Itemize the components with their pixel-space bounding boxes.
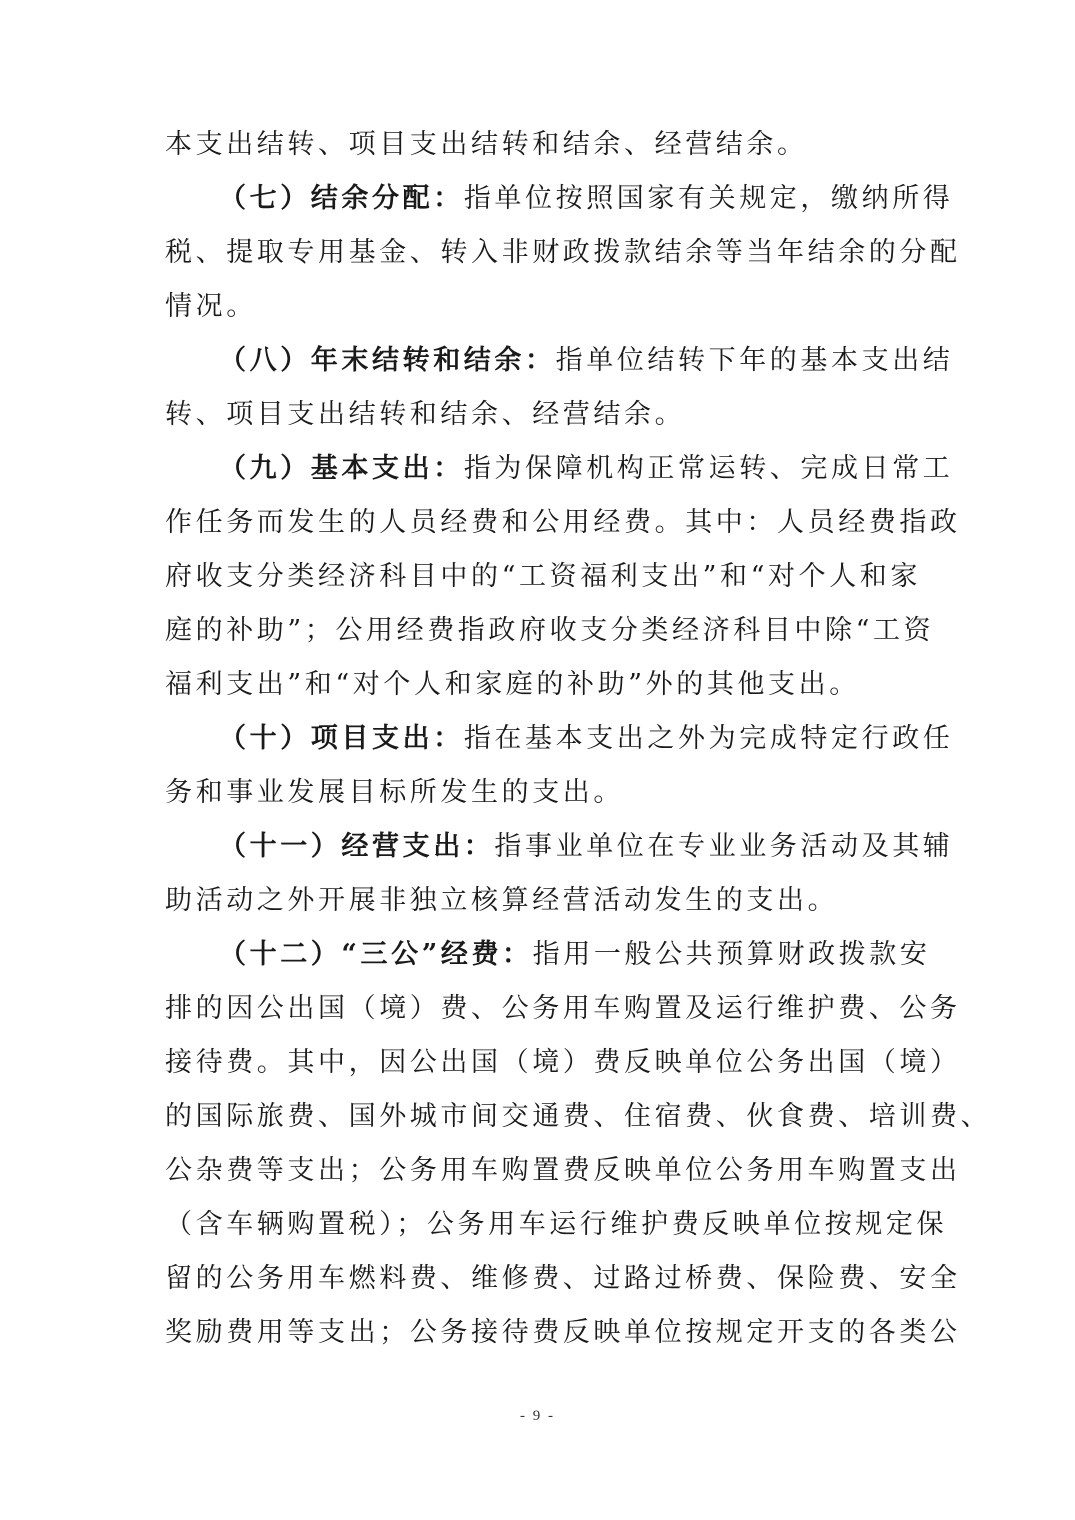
- text-line: 庭的补助”；公用经费指政府收支分类经济科目中除“工资: [165, 611, 913, 651]
- text-line: 奖励费用等支出；公务接待费反映单位按规定开支的各类公: [165, 1313, 913, 1353]
- section-term: （十）项目支出：: [219, 723, 464, 754]
- section-heading-line: （十二）“三公”经费：指用一般公共预算财政拨款安: [219, 935, 913, 975]
- text-line: （含车辆购置税）；公务用车运行维护费反映单位按规定保: [165, 1205, 913, 1245]
- line-text: 的国际旅费、国外城市间交通费、住宿费、伙食费、培训费、: [165, 1101, 991, 1132]
- page-number: - 9 -: [0, 1408, 1075, 1425]
- text-line: 公杂费等支出；公务用车购置费反映单位公务用车购置支出: [165, 1151, 913, 1191]
- line-text: 指用一般公共预算财政拨款安: [533, 939, 931, 970]
- line-text: 指事业单位在专业业务活动及其辅: [494, 831, 953, 862]
- line-text: 府收支分类经济科目中的“工资福利支出”和“对个人和家: [165, 561, 921, 592]
- line-text: 转、项目支出结转和结余、经营结余。: [165, 399, 685, 430]
- line-text: 留的公务用车燃料费、维修费、过路过桥费、保险费、安全: [165, 1263, 961, 1294]
- section-term: （九）基本支出：: [219, 453, 464, 484]
- text-line: 的国际旅费、国外城市间交通费、住宿费、伙食费、培训费、: [165, 1097, 913, 1137]
- text-line: 留的公务用车燃料费、维修费、过路过桥费、保险费、安全: [165, 1259, 913, 1299]
- line-text: 税、提取专用基金、转入非财政拨款结余等当年结余的分配: [165, 237, 961, 268]
- line-text: 指在基本支出之外为完成特定行政任: [464, 723, 954, 754]
- line-text: 指单位按照国家有关规定，缴纳所得: [464, 183, 954, 214]
- section-term: （八）年末结转和结余：: [219, 345, 556, 376]
- section-term: （十一）经营支出：: [219, 831, 494, 862]
- line-text: 排的因公出国（境）费、公务用车购置及运行维护费、公务: [165, 993, 961, 1024]
- text-line: 府收支分类经济科目中的“工资福利支出”和“对个人和家: [165, 557, 913, 597]
- section-term: （十二）“三公”经费：: [219, 939, 533, 970]
- text-line: 税、提取专用基金、转入非财政拨款结余等当年结余的分配: [165, 233, 913, 273]
- text-line: 本支出结转、项目支出结转和结余、经营结余。: [165, 125, 913, 165]
- line-text: 作任务而发生的人员经费和公用经费。其中：人员经费指政: [165, 507, 961, 538]
- line-text: 本支出结转、项目支出结转和结余、经营结余。: [165, 129, 808, 160]
- section-heading-line: （十一）经营支出：指事业单位在专业业务活动及其辅: [219, 827, 913, 867]
- line-text: 情况。: [165, 291, 257, 322]
- text-line: 接待费。其中，因公出国（境）费反映单位公务出国（境）: [165, 1043, 913, 1083]
- line-text: 庭的补助”；公用经费指政府收支分类经济科目中除“工资: [165, 615, 934, 646]
- line-text: 指单位结转下年的基本支出结: [556, 345, 954, 376]
- text-line: 转、项目支出结转和结余、经营结余。: [165, 395, 913, 435]
- line-text: 公杂费等支出；公务用车购置费反映单位公务用车购置支出: [165, 1155, 961, 1186]
- text-line: 作任务而发生的人员经费和公用经费。其中：人员经费指政: [165, 503, 913, 543]
- line-text: 接待费。其中，因公出国（境）费反映单位公务出国（境）: [165, 1047, 961, 1078]
- section-heading-line: （九）基本支出：指为保障机构正常运转、完成日常工: [219, 449, 913, 489]
- text-line: 务和事业发展目标所发生的支出。: [165, 773, 913, 813]
- line-text: 助活动之外开展非独立核算经营活动发生的支出。: [165, 885, 838, 916]
- line-text: 福利支出”和“对个人和家庭的补助”外的其他支出。: [165, 669, 860, 700]
- text-line: 情况。: [165, 287, 913, 327]
- section-heading-line: （十）项目支出：指在基本支出之外为完成特定行政任: [219, 719, 913, 759]
- line-text: 奖励费用等支出；公务接待费反映单位按规定开支的各类公: [165, 1317, 961, 1348]
- line-text: （含车辆购置税）；公务用车运行维护费反映单位按规定保: [165, 1209, 947, 1240]
- section-term: （七）结余分配：: [219, 183, 464, 214]
- document-page: 本支出结转、项目支出结转和结余、经营结余。（七）结余分配：指单位按照国家有关规定…: [0, 0, 1075, 1520]
- section-heading-line: （七）结余分配：指单位按照国家有关规定，缴纳所得: [219, 179, 913, 219]
- text-line: 排的因公出国（境）费、公务用车购置及运行维护费、公务: [165, 989, 913, 1029]
- text-line: 福利支出”和“对个人和家庭的补助”外的其他支出。: [165, 665, 913, 705]
- line-text: 务和事业发展目标所发生的支出。: [165, 777, 624, 808]
- line-text: 指为保障机构正常运转、完成日常工: [464, 453, 954, 484]
- text-line: 助活动之外开展非独立核算经营活动发生的支出。: [165, 881, 913, 921]
- section-heading-line: （八）年末结转和结余：指单位结转下年的基本支出结: [219, 341, 913, 381]
